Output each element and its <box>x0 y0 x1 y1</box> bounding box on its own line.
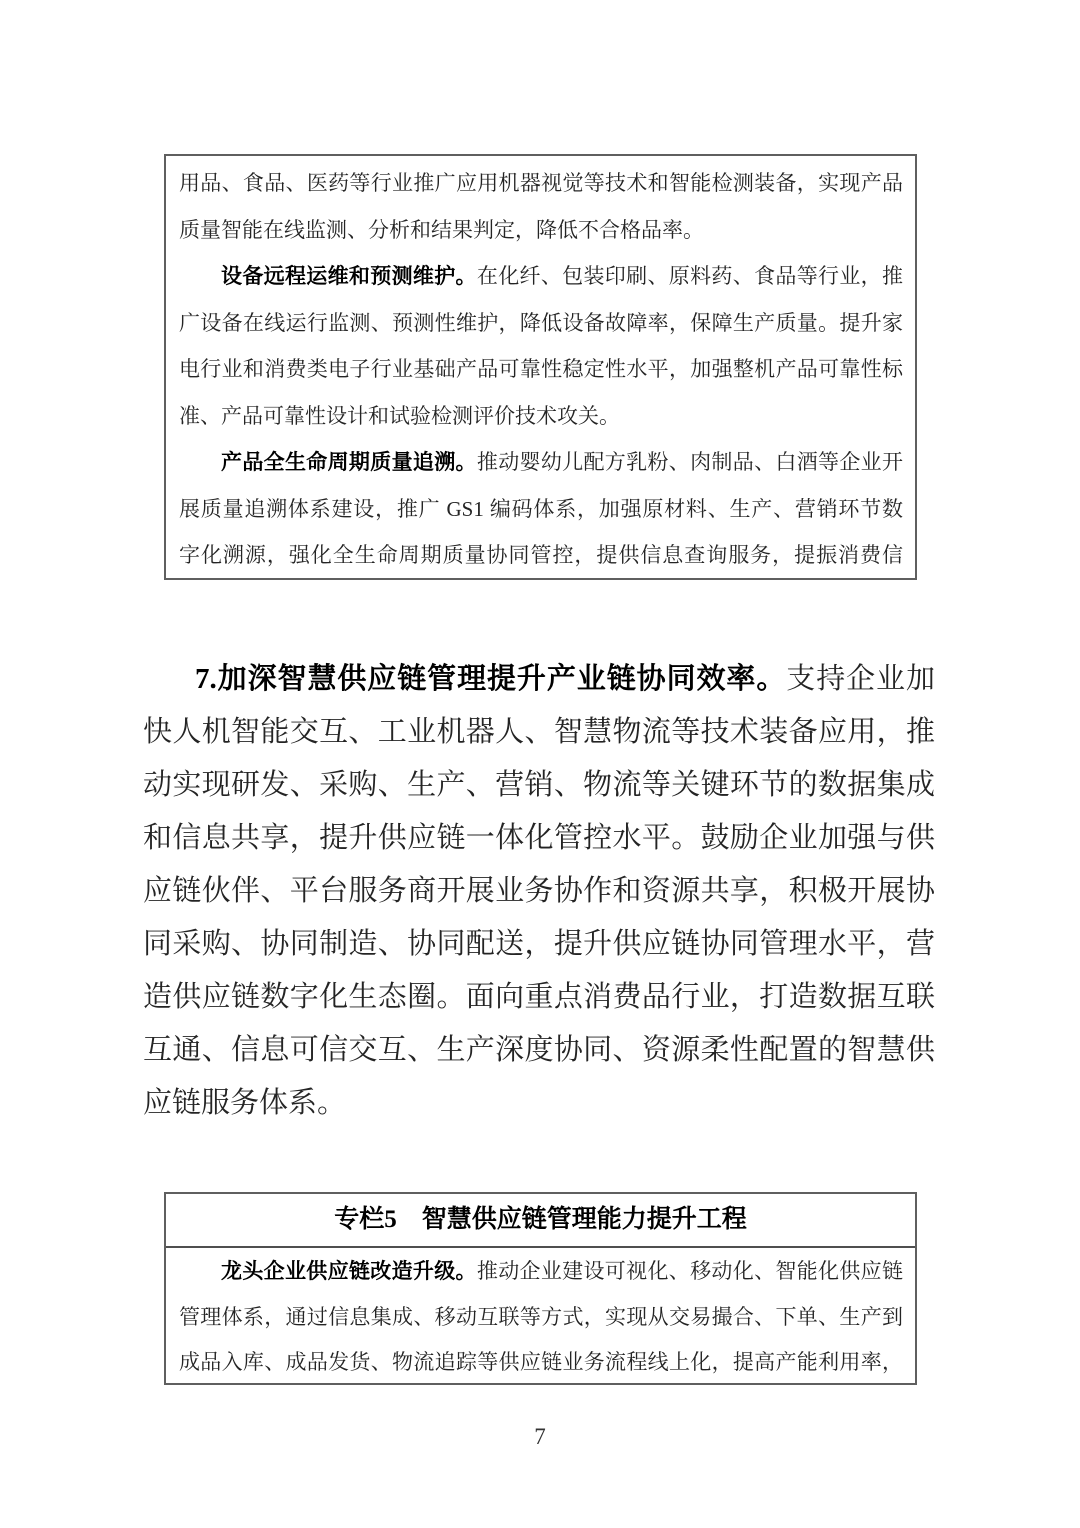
text-line: 质量智能在线监测、分析和结果判定，降低不合格品率。 <box>179 207 903 254</box>
text-line: 互通、信息可信交互、生产深度协同、资源柔性配置的智慧供 <box>143 1024 935 1077</box>
text-line: 造供应链数字化生态圈。面向重点消费品行业，打造数据互联 <box>143 971 935 1024</box>
document-page: 用品、食品、医药等行业推广应用机器视觉等技术和智能检测装备，实现产品质量智能在线… <box>0 0 1080 1528</box>
text-line: 应链服务体系。 <box>143 1077 935 1130</box>
text-run: 字化溯源，强化全生命周期质量协同管控，提供信息查询服务，提振消费信心。 <box>179 543 903 580</box>
text-run: 展质量追溯体系建设，推广 GS1 编码体系，加强原材料、生产、营销环节数 <box>179 497 903 521</box>
section-7-paragraph: 7.加深智慧供应链管理提升产业链协同效率。支持企业加快人机智能交互、工业机器人、… <box>143 653 935 1130</box>
text-line: 同采购、协同制造、协同配送，提升供应链协同管理水平，营 <box>143 918 935 971</box>
text-run: 快人机智能交互、工业机器人、智慧物流等技术装备应用，推 <box>143 716 935 748</box>
callout-box-5-title: 专栏5 智慧供应链管理能力提升工程 <box>166 1194 915 1248</box>
text-line: 设备远程运维和预测维护。在化纤、包装印刷、原料药、食品等行业，推 <box>179 253 903 300</box>
text-run: 应链服务体系。 <box>143 1087 346 1119</box>
text-line: 成品入库、成品发货、物流追踪等供应链业务流程线上化，提高产能利用率， <box>179 1340 903 1385</box>
text-line: 广设备在线运行监测、预测性维护，降低设备故障率，保障生产质量。提升家 <box>179 300 903 347</box>
text-line: 7.加深智慧供应链管理提升产业链协同效率。支持企业加 <box>143 653 935 706</box>
text-line: 展质量追溯体系建设，推广 GS1 编码体系，加强原材料、生产、营销环节数 <box>179 486 903 533</box>
text-run: 用品、食品、医药等行业推广应用机器视觉等技术和智能检测装备，实现产品 <box>179 171 903 195</box>
text-run: 和信息共享，提升供应链一体化管控水平。鼓励企业加强与供 <box>143 822 935 854</box>
text-run: 质量智能在线监测、分析和结果判定，降低不合格品率。 <box>179 218 704 242</box>
text-run: 互通、信息可信交互、生产深度协同、资源柔性配置的智慧供 <box>143 1034 935 1066</box>
text-run: 同采购、协同制造、协同配送，提升供应链协同管理水平，营 <box>143 928 935 960</box>
text-run: 广设备在线运行监测、预测性维护，降低设备故障率，保障生产质量。提升家 <box>179 311 903 335</box>
bold-text-run: 设备远程运维和预测维护。 <box>221 264 477 288</box>
text-run: 推动婴幼儿配方乳粉、肉制品、白酒等企业开 <box>477 450 903 474</box>
text-run: 推动企业建设可视化、移动化、智能化供应链 <box>477 1259 903 1283</box>
bold-text-run: 龙头企业供应链改造升级。 <box>221 1259 477 1283</box>
text-line: 用品、食品、医药等行业推广应用机器视觉等技术和智能检测装备，实现产品 <box>179 160 903 207</box>
text-line: 快人机智能交互、工业机器人、智慧物流等技术装备应用，推 <box>143 706 935 759</box>
text-run: 应链伙伴、平台服务商开展业务协作和资源共享，积极开展协 <box>143 875 935 907</box>
text-line: 和信息共享，提升供应链一体化管控水平。鼓励企业加强与供 <box>143 812 935 865</box>
text-line: 字化溯源，强化全生命周期质量协同管控，提供信息查询服务，提振消费信心。 <box>179 532 903 580</box>
text-run: 造供应链数字化生态圈。面向重点消费品行业，打造数据互联 <box>143 981 935 1013</box>
text-run: 支持企业加 <box>786 663 935 695</box>
text-run: 电行业和消费类电子行业基础产品可靠性稳定性水平，加强整机产品可靠性标 <box>179 357 903 381</box>
text-run: 动实现研发、采购、生产、营销、物流等关键环节的数据集成 <box>143 769 935 801</box>
text-line: 电行业和消费类电子行业基础产品可靠性稳定性水平，加强整机产品可靠性标 <box>179 346 903 393</box>
text-run: 在化纤、包装印刷、原料药、食品等行业，推 <box>477 264 903 288</box>
text-line: 管理体系，通过信息集成、移动互联等方式，实现从交易撮合、下单、生产到 <box>179 1295 903 1341</box>
text-line: 动实现研发、采购、生产、营销、物流等关键环节的数据集成 <box>143 759 935 812</box>
text-run: 管理体系，通过信息集成、移动互联等方式，实现从交易撮合、下单、生产到 <box>179 1305 903 1329</box>
text-line: 龙头企业供应链改造升级。推动企业建设可视化、移动化、智能化供应链 <box>179 1249 903 1295</box>
callout-box-5-body: 龙头企业供应链改造升级。推动企业建设可视化、移动化、智能化供应链管理体系，通过信… <box>166 1248 915 1385</box>
text-run: 准、产品可靠性设计和试验检测评价技术攻关。 <box>179 404 620 428</box>
bold-text-run: 7.加深智慧供应链管理提升产业链协同效率。 <box>195 663 786 695</box>
text-line: 应链伙伴、平台服务商开展业务协作和资源共享，积极开展协 <box>143 865 935 918</box>
page-number: 7 <box>0 1424 1080 1450</box>
callout-box-quality: 用品、食品、医药等行业推广应用机器视觉等技术和智能检测装备，实现产品质量智能在线… <box>164 154 917 580</box>
text-run: 成品入库、成品发货、物流追踪等供应链业务流程线上化，提高产能利用率， <box>179 1350 903 1374</box>
text-line: 准、产品可靠性设计和试验检测评价技术攻关。 <box>179 393 903 440</box>
callout-box-5: 专栏5 智慧供应链管理能力提升工程 龙头企业供应链改造升级。推动企业建设可视化、… <box>164 1192 917 1385</box>
bold-text-run: 产品全生命周期质量追溯。 <box>221 450 477 474</box>
text-line: 产品全生命周期质量追溯。推动婴幼儿配方乳粉、肉制品、白酒等企业开 <box>179 439 903 486</box>
